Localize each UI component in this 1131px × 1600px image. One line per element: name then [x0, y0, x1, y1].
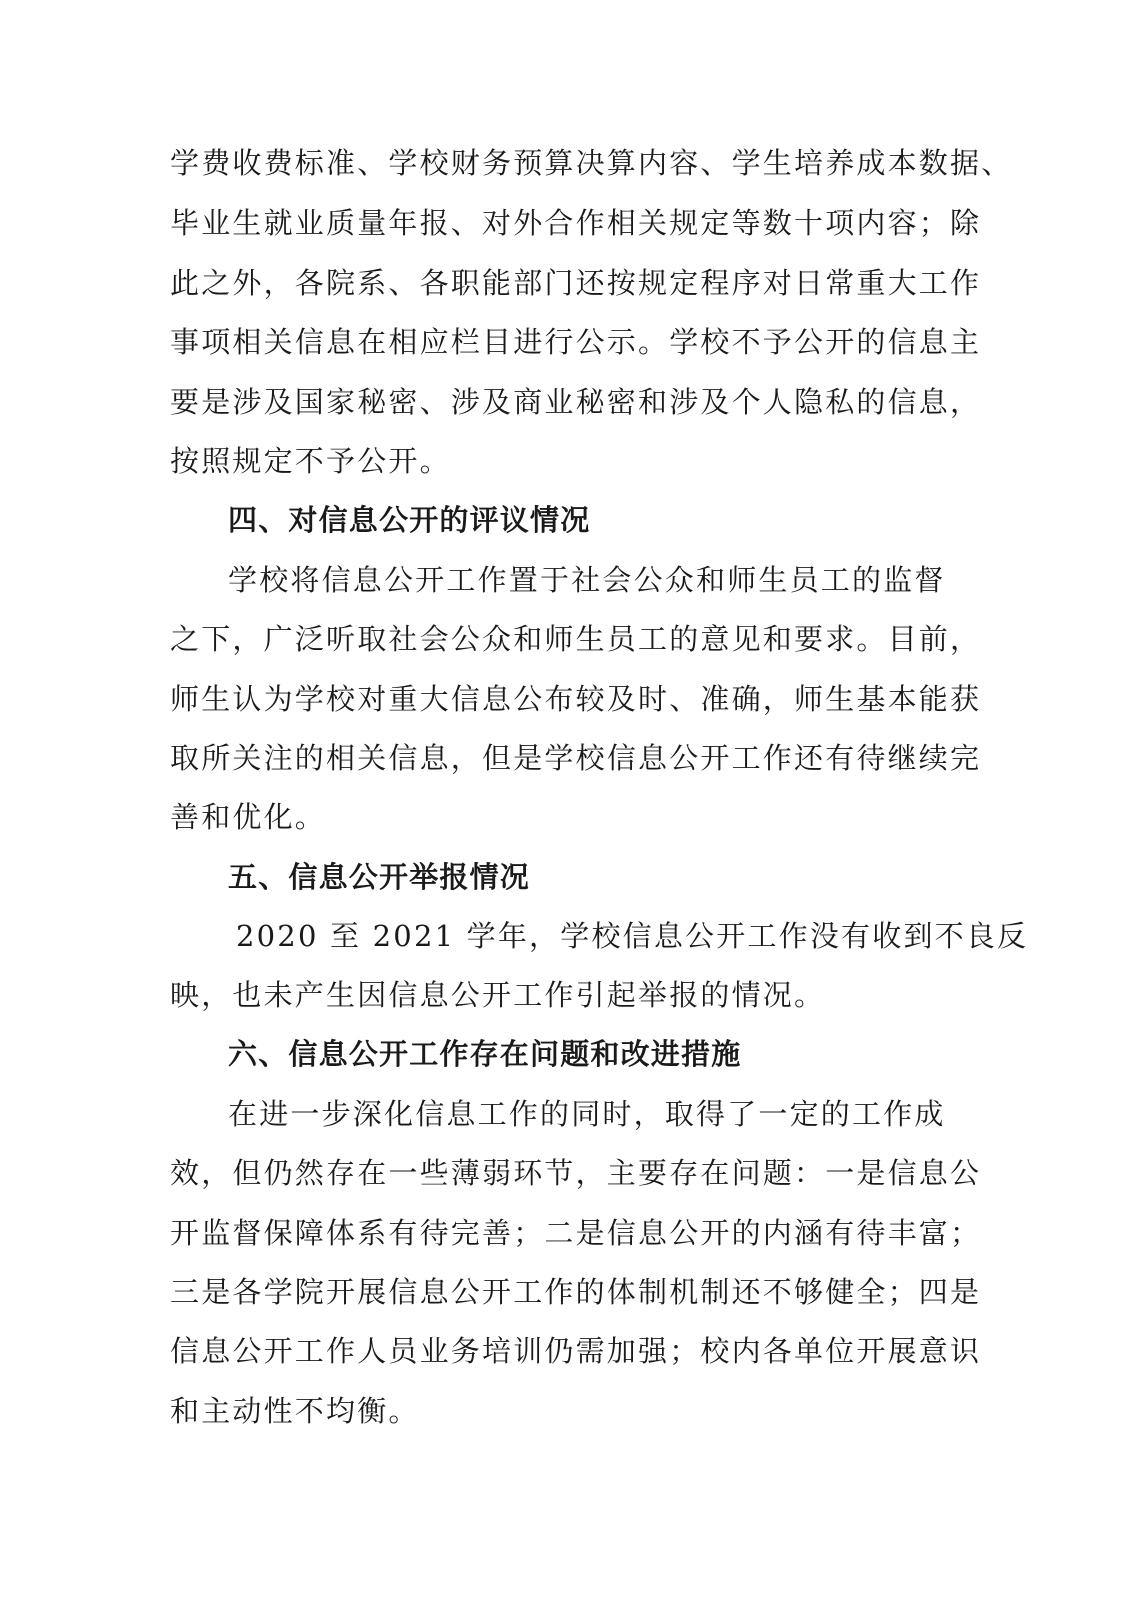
paragraph-line: 之下，广泛听取社会公众和师生员工的意见和要求。目前，	[170, 619, 945, 659]
paragraph-line: 学费收费标准、学校财务预算决算内容、学生培养成本数据、	[170, 143, 945, 183]
paragraph-line: 按照规定不予公开。	[170, 441, 945, 481]
paragraph-line: 映，也未产生因信息公开工作引起举报的情况。	[170, 975, 945, 1015]
paragraph-line: 在进一步深化信息工作的同时，取得了一定的工作成	[228, 1094, 945, 1134]
paragraph-line: 2020 至 2021 学年，学校信息公开工作没有收到不良反	[236, 916, 945, 956]
paragraph-line: 此之外，各院系、各职能部门还按规定程序对日常重大工作	[170, 263, 945, 303]
paragraph-line: 师生认为学校对重大信息公布较及时、准确，师生基本能获	[170, 679, 945, 719]
paragraph-line: 信息公开工作人员业务培训仍需加强；校内各单位开展意识	[170, 1331, 945, 1371]
paragraph-line: 毕业生就业质量年报、对外合作相关规定等数十项内容；除	[170, 203, 945, 243]
paragraph-line: 取所关注的相关信息，但是学校信息公开工作还有待继续完	[170, 738, 945, 778]
document-page: 学费收费标准、学校财务预算决算内容、学生培养成本数据、 毕业生就业质量年报、对外…	[0, 0, 1131, 1600]
paragraph-line: 效，但仍然存在一些薄弱环节，主要存在问题：一是信息公	[170, 1153, 945, 1193]
section-heading: 六、信息公开工作存在问题和改进措施	[228, 1034, 1003, 1074]
section-heading: 四、对信息公开的评议情况	[228, 500, 1003, 540]
paragraph-line: 学校将信息公开工作置于社会公众和师生员工的监督	[228, 560, 945, 600]
paragraph-line: 事项相关信息在相应栏目进行公示。学校不予公开的信息主	[170, 322, 945, 362]
section-heading: 五、信息公开举报情况	[228, 857, 1003, 897]
paragraph-line: 三是各学院开展信息公开工作的体制机制还不够健全；四是	[170, 1272, 945, 1312]
paragraph-line: 要是涉及国家秘密、涉及商业秘密和涉及个人隐私的信息，	[170, 382, 945, 422]
paragraph-line: 和主动性不均衡。	[170, 1391, 945, 1431]
paragraph-line: 善和优化。	[170, 797, 945, 837]
paragraph-line: 开监督保障体系有待完善；二是信息公开的内涵有待丰富；	[170, 1213, 945, 1253]
